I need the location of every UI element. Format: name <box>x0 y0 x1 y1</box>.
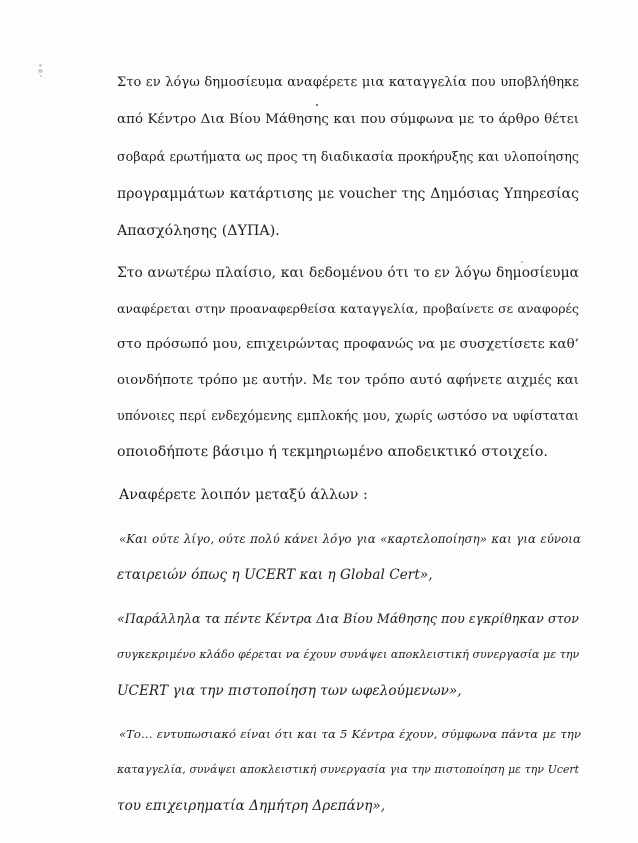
text-line: σοβαρά ερωτήματα ως προς τη διαδικασία π… <box>117 148 579 166</box>
text-line: από Κέντρο Δια Βίου Μάθησης και που σύμφ… <box>117 111 579 129</box>
quote-line: «Και ούτε λίγο, ούτε πολύ κάνει λόγο για… <box>119 530 581 548</box>
scan-speck <box>521 261 523 263</box>
text-line: Απασχόλησης (ΔΥΠΑ). <box>117 222 579 240</box>
text-line: Αναφέρετε λοιπόν μεταξύ άλλων : <box>119 486 581 504</box>
quote-line: του επιχειρηματία Δημήτρη Δρεπάνη», <box>117 797 579 815</box>
scanned-document-page: Στο εν λόγω δημοσίευμα αναφέρετε μια κατ… <box>0 0 638 843</box>
text-line: υπόνοιες περί ενδεχόμενης εμπλοκής μου, … <box>117 407 579 425</box>
text-line: αναφέρεται στην προαναφερθείσα καταγγελί… <box>117 300 579 318</box>
quote-line: εταιρειών όπως η UCERT και η Global Cert… <box>117 566 579 584</box>
quote-line: «Παράλληλα τα πέντε Κέντρα Δια Βίου Μάθη… <box>117 610 579 628</box>
text-line: προγραμμάτων κατάρτισης με voucher της Δ… <box>117 185 579 203</box>
quote-line: καταγγελία, συνάψει αποκλειστική συνεργα… <box>117 761 579 779</box>
quote-line: «Το… εντυπωσιακό είναι ότι και τα 5 Κέντ… <box>119 725 581 743</box>
text-line: οποιοδήποτε βάσιμο ή τεκμηριωμένο αποδει… <box>117 443 579 461</box>
scan-margin-mark <box>38 64 44 78</box>
text-line: Στο ανωτέρω πλαίσιο, και δεδομένου ότι τ… <box>117 264 579 282</box>
quote-line: συγκεκριμένο κλάδο φέρεται να έχουν συνά… <box>117 646 579 664</box>
text-line: Στο εν λόγω δημοσίευμα αναφέρετε μια κατ… <box>117 74 579 92</box>
quote-line: UCERT για την πιστοποίηση των ωφελούμενω… <box>117 682 579 700</box>
text-line: οιονδήποτε τρόπο με αυτήν. Με τον τρόπο … <box>117 372 579 390</box>
text-line: στο πρόσωπό μου, επιχειρώντας προφανώς ν… <box>117 336 579 354</box>
scan-speck <box>316 104 318 106</box>
